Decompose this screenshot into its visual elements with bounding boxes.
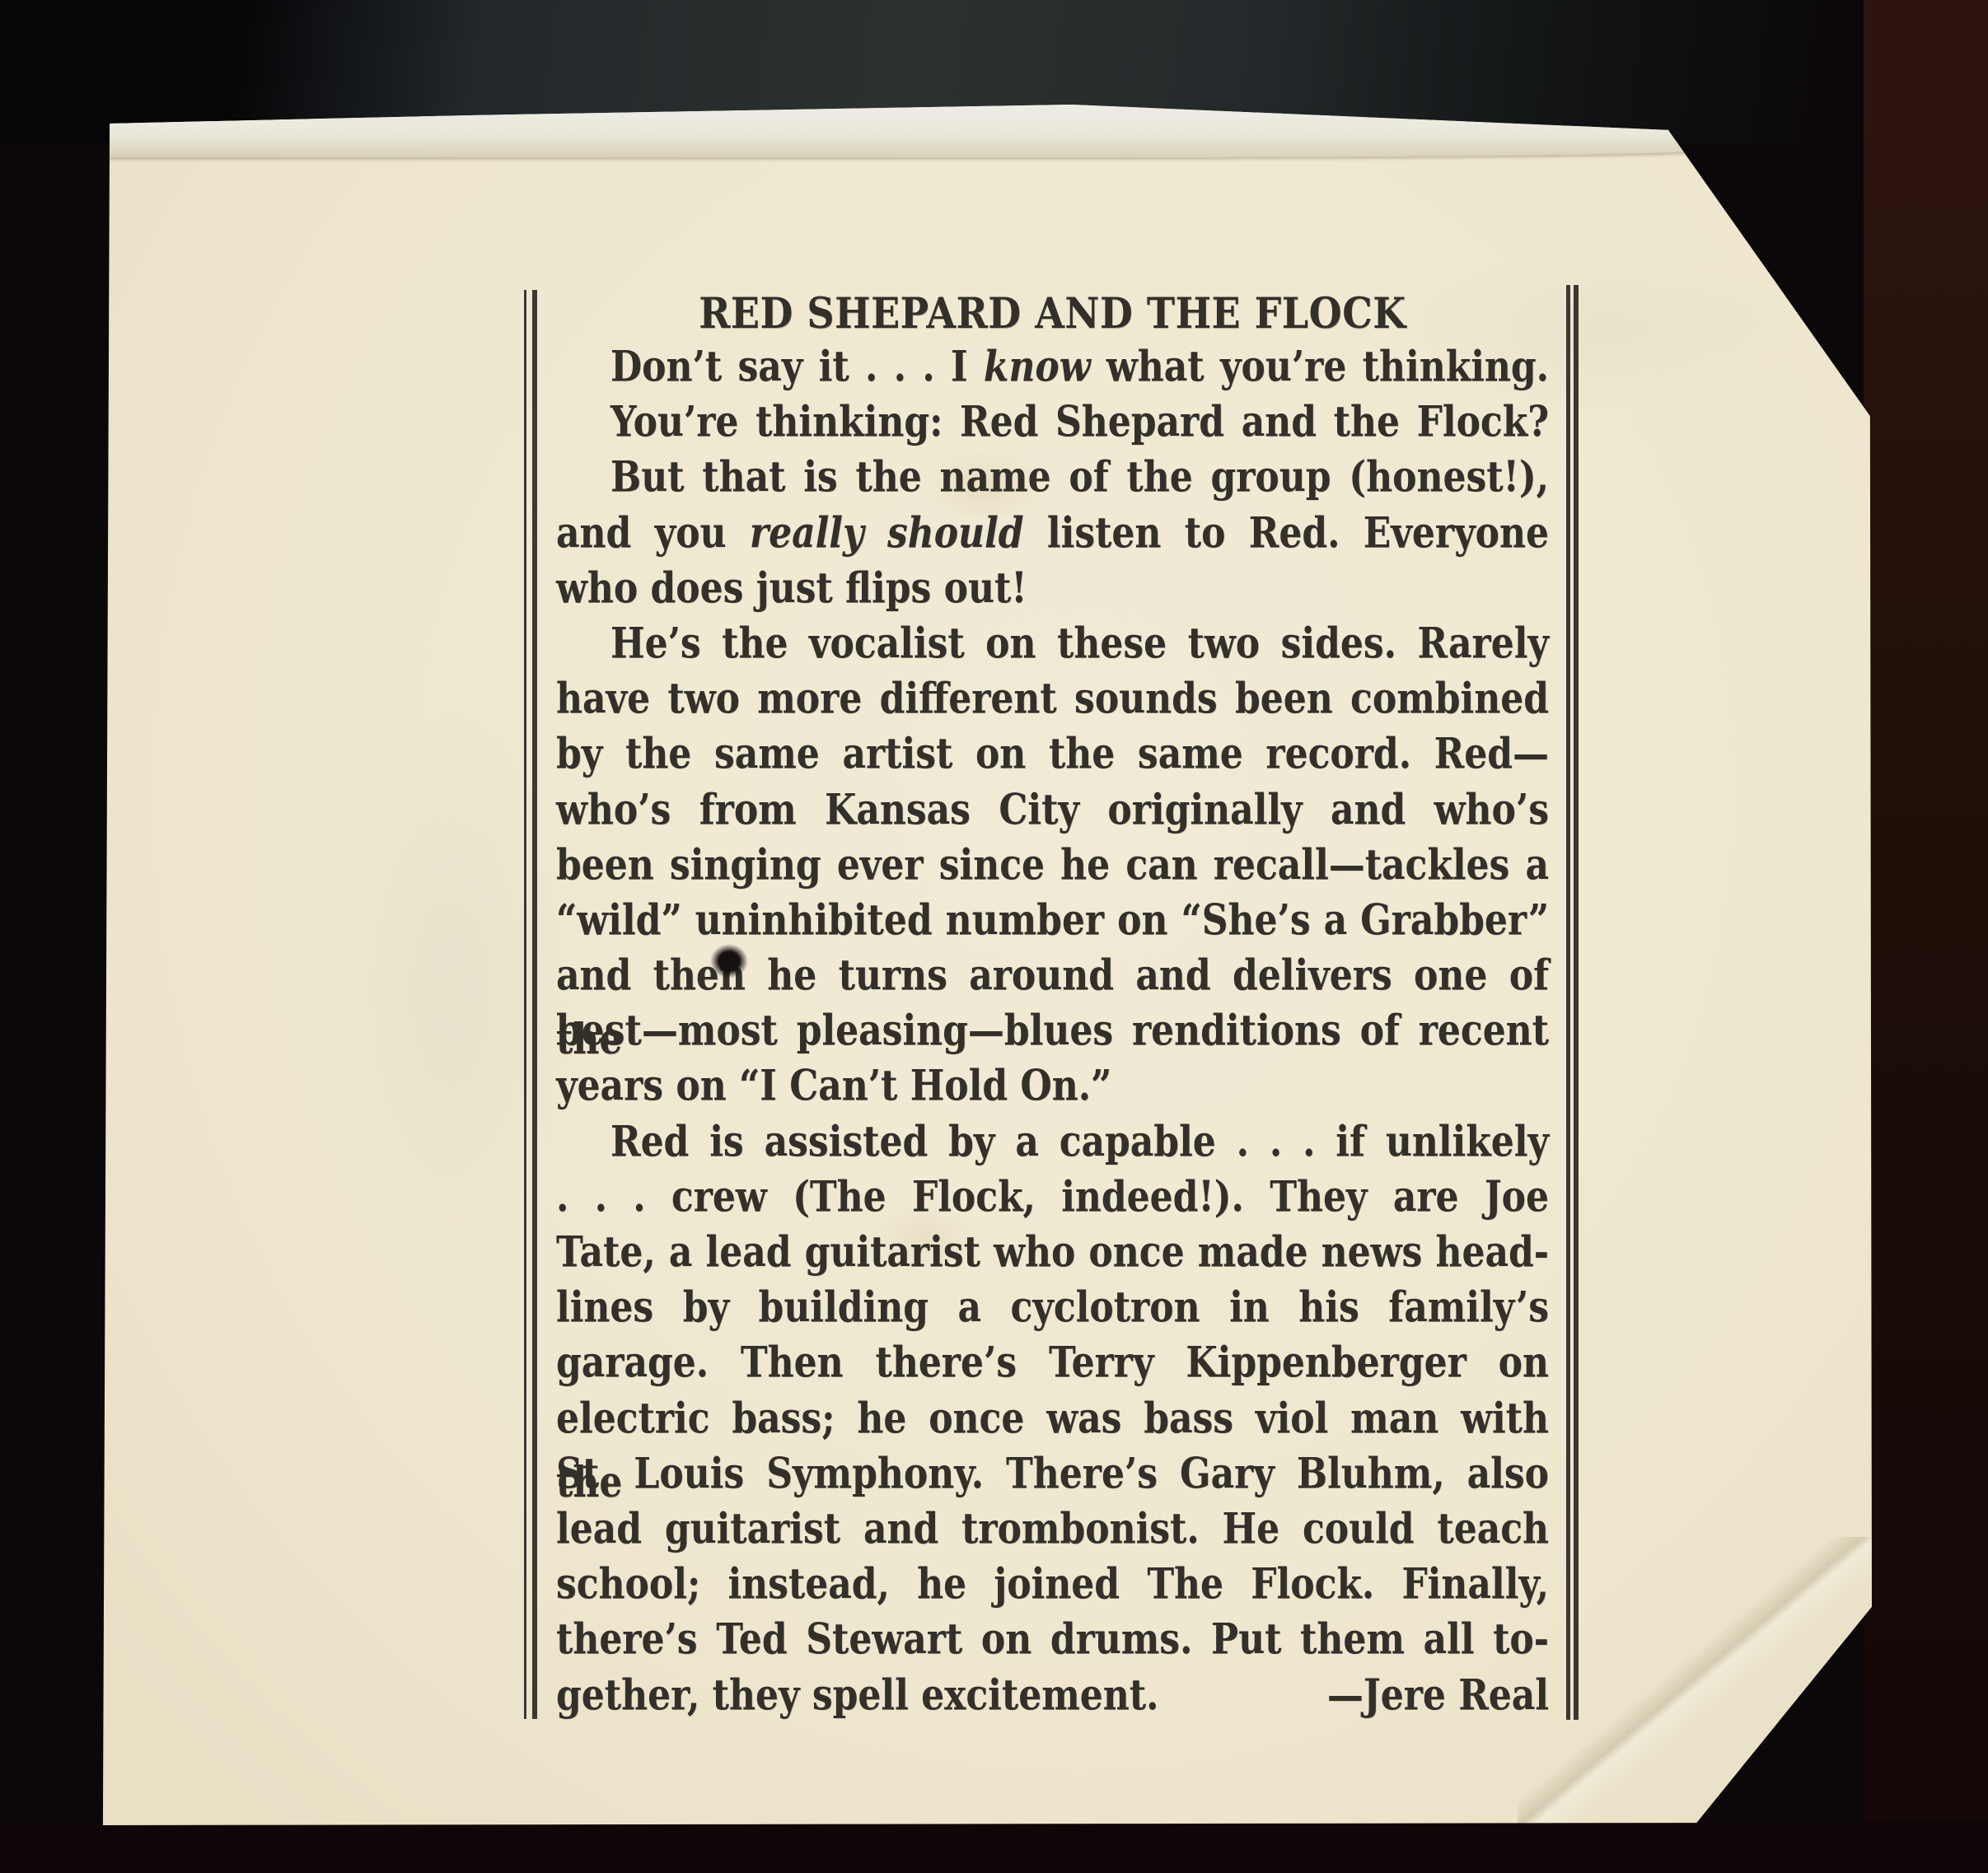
text-segment: listen to Red. Everyone <box>1024 508 1549 557</box>
left-double-rule <box>532 290 537 1719</box>
text-segment: St. Louis Symphony. There’s Gary Bluhm, … <box>556 1450 1549 1498</box>
text-segment: what you’re thinking. <box>1091 343 1549 391</box>
background-right-band <box>1864 0 1988 1873</box>
text-line: by the same artist on the same record. R… <box>556 722 1549 787</box>
liner-notes: RED SHEPARD AND THE FLOCK Don’t say it .… <box>556 290 1549 1723</box>
text-line: garage. Then there’s Terry Kippenberger … <box>556 1331 1549 1395</box>
text-segment: have two more different sounds been comb… <box>556 675 1549 723</box>
text-segment: You’re thinking: Red Shepard and the Flo… <box>610 398 1549 446</box>
text-line: St. Louis Symphony. There’s Gary Bluhm, … <box>556 1441 1549 1506</box>
text-segment: by the same artist on the same record. R… <box>556 730 1549 778</box>
text-segment: been singing ever since he can recall—ta… <box>556 841 1549 890</box>
text-line: years on “I Can’t Hold On.” <box>556 1054 1549 1119</box>
text-segment: . . . crew (The Flock, indeed!). They ar… <box>556 1173 1549 1221</box>
text-segment: Don’t say it . . . I <box>610 343 984 391</box>
text-segment: He’s the vocalist on these two sides. Ra… <box>610 619 1549 668</box>
text-segment: school; instead, he joined The Flock. Fi… <box>556 1560 1549 1609</box>
text-line: gether, they spell excitement.—Jere Real <box>556 1663 1549 1727</box>
text-segment: and you <box>556 508 750 557</box>
text-segment: years on “I Can’t Hold On.” <box>556 1062 1111 1110</box>
text-segment: “wild” uninhibited number on “She’s a Gr… <box>556 896 1549 945</box>
liner-notes-title: RED SHEPARD AND THE FLOCK <box>556 287 1549 339</box>
italic-text: know <box>984 343 1091 391</box>
paper-crease <box>1518 1537 1872 1825</box>
text-segment: best—most pleasing—blues renditions of r… <box>556 1007 1549 1055</box>
text-line: there’s Ted Stewart on drums. Put them a… <box>556 1608 1549 1672</box>
text-segment: gether, they spell excitement. <box>556 1663 1158 1727</box>
photo-of-record-sleeve: RED SHEPARD AND THE FLOCK Don’t say it .… <box>0 0 1988 1873</box>
text-segment: who does just flips out! <box>556 564 1027 613</box>
left-double-rule <box>524 290 526 1719</box>
text-segment: lines by building a cyclotron in his fam… <box>556 1283 1549 1332</box>
text-segment: Red is assisted by a capable . . . if un… <box>610 1118 1549 1166</box>
paper-mottling <box>330 700 577 1277</box>
right-double-rule <box>1566 285 1570 1720</box>
liner-notes-text: Don’t say it . . . I know what you’re th… <box>556 339 1549 1723</box>
italic-text: really should <box>750 508 1024 557</box>
text-line: who’s from Kansas City originally and wh… <box>556 778 1549 842</box>
text-line: Red is assisted by a capable . . . if un… <box>556 1109 1549 1174</box>
text-line: and you really should listen to Red. Eve… <box>556 501 1549 565</box>
text-line: who does just flips out! <box>556 556 1549 620</box>
right-double-rule <box>1574 285 1579 1720</box>
text-line: But that is the name of the group (hones… <box>556 446 1549 510</box>
text-segment: there’s Ted Stewart on drums. Put them a… <box>556 1615 1549 1664</box>
text-line: electric bass; he once was bass viol man… <box>556 1386 1549 1450</box>
text-segment: who’s from Kansas City originally and wh… <box>556 785 1549 834</box>
text-segment: But that is the name of the group (hones… <box>610 453 1549 502</box>
byline-signature: —Jere Real <box>1327 1663 1549 1727</box>
text-line: been singing ever since he can recall—ta… <box>556 833 1549 897</box>
text-segment: lead guitarist and trombonist. He could … <box>556 1505 1549 1553</box>
text-segment: gether, they spell excitement. <box>556 1670 1158 1719</box>
text-segment: Tate, a lead guitarist who once made new… <box>556 1228 1549 1277</box>
background-bottom-band <box>0 1822 1988 1873</box>
text-segment: garage. Then there’s Terry Kippenberger … <box>556 1338 1549 1387</box>
